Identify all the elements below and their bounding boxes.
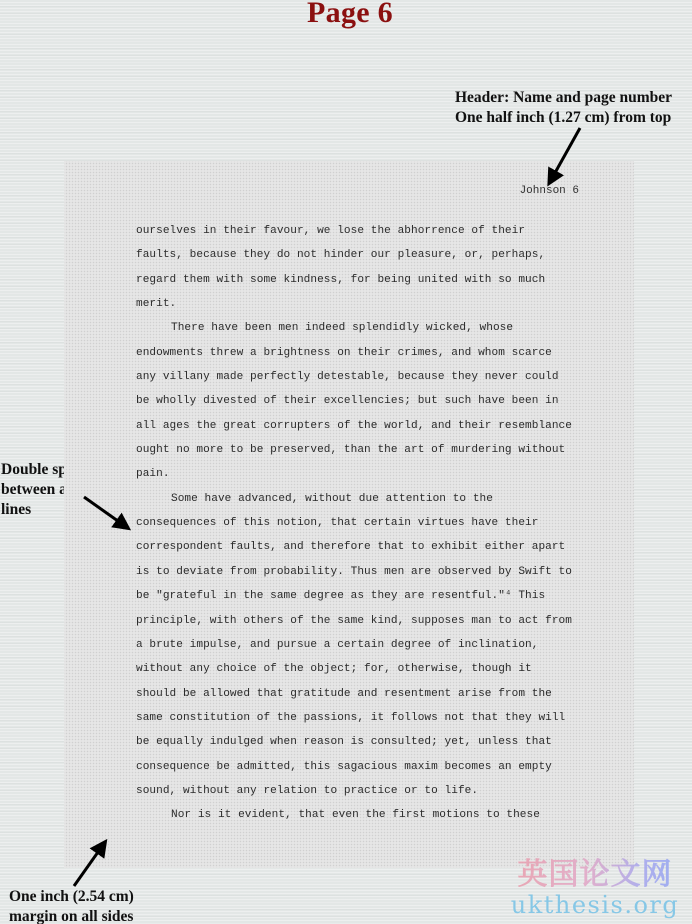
text-line: faults, because they do not hinder our p… <box>136 243 616 267</box>
text-line: endowments threw a brightness on their c… <box>136 341 616 365</box>
text-line: be "grateful in the same degree as they … <box>136 584 616 608</box>
sample-document-page: Johnson 6 ourselves in their favour, we … <box>64 161 634 868</box>
text-line: all ages the great corrupters of the wor… <box>136 414 616 438</box>
text-line: without any choice of the object; for, o… <box>136 657 616 681</box>
running-head: Johnson 6 <box>520 185 579 197</box>
text-line: be wholly divested of their excellencies… <box>136 389 616 413</box>
text-line: regard them with some kindness, for bein… <box>136 268 616 292</box>
text-line: ought no more to be preserved, than the … <box>136 438 616 462</box>
paragraph-first-line: Some have advanced, without due attentio… <box>136 487 616 511</box>
header-annotation-line: Header: Name and page number <box>455 88 672 108</box>
page-title: Page 6 <box>0 0 692 30</box>
text-line: merit. <box>136 292 616 316</box>
margin-annotation: One inch (2.54 cm) margin on all sides <box>9 887 134 924</box>
paragraph-first-line: Nor is it evident, that even the first m… <box>136 803 616 827</box>
header-annotation: Header: Name and page number One half in… <box>455 88 672 128</box>
text-line: ourselves in their favour, we lose the a… <box>136 219 616 243</box>
body-text: ourselves in their favour, we lose the a… <box>136 219 616 828</box>
watermark: 英国论文网 ukthesis.org <box>500 858 690 918</box>
watermark-chinese: 英国论文网 <box>500 858 690 892</box>
text-line: same constitution of the passions, it fo… <box>136 706 616 730</box>
text-line: principle, with others of the same kind,… <box>136 609 616 633</box>
text-line: consequences of this notion, that certai… <box>136 511 616 535</box>
text-line: is to deviate from probability. Thus men… <box>136 560 616 584</box>
margin-annotation-line: One inch (2.54 cm) <box>9 887 134 907</box>
text-line: should be allowed that gratitude and res… <box>136 682 616 706</box>
text-line: consequence be admitted, this sagacious … <box>136 755 616 779</box>
text-line: any villany made perfectly detestable, b… <box>136 365 616 389</box>
watermark-site: ukthesis.org <box>500 892 690 918</box>
paragraph-first-line: There have been men indeed splendidly wi… <box>136 316 616 340</box>
text-line: be equally indulged when reason is consu… <box>136 730 616 754</box>
text-line: a brute impulse, and pursue a certain de… <box>136 633 616 657</box>
header-annotation-line: One half inch (1.27 cm) from top <box>455 108 672 128</box>
text-line: correspondent faults, and therefore that… <box>136 535 616 559</box>
text-line: pain. <box>136 462 616 486</box>
margin-annotation-line: margin on all sides <box>9 907 134 924</box>
text-line: sound, without any relation to practice … <box>136 779 616 803</box>
